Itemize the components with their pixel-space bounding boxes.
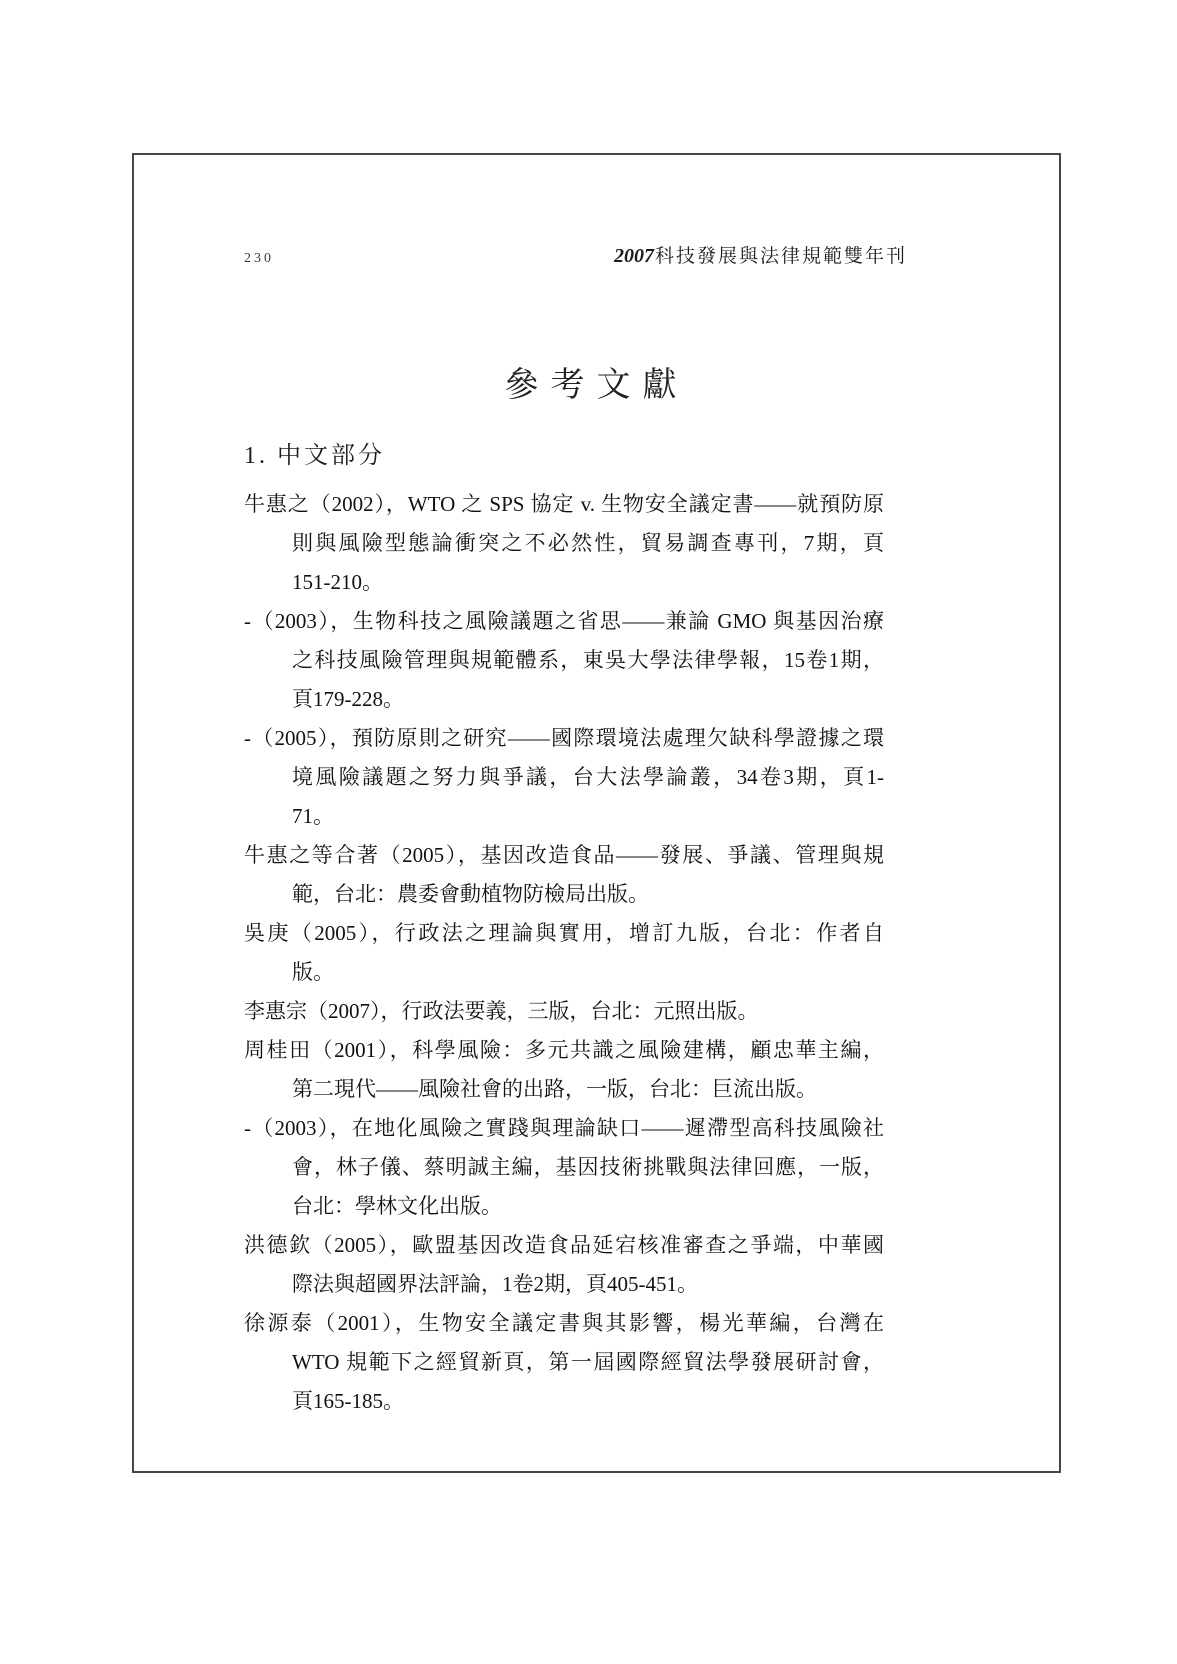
- journal-title: 2007科技發展與法律規範雙年刊: [614, 243, 907, 270]
- reference-line: 徐源泰（2001），生物安全議定書與其影響，楊光華編，台灣在: [244, 1304, 884, 1343]
- journal-name: 科技發展與法律規範雙年刊: [655, 246, 907, 267]
- reference-line: 範，台北：農委會動植物防檢局出版。: [244, 875, 884, 914]
- references-list: 牛惠之（2002），WTO 之 SPS 協定 v. 生物安全議定書——就預防原則…: [244, 485, 884, 1421]
- reference-line: 151-210。: [244, 563, 884, 602]
- reference-line: 台北：學林文化出版。: [244, 1187, 884, 1226]
- reference-entry: 牛惠之（2002），WTO 之 SPS 協定 v. 生物安全議定書——就預防原則…: [244, 485, 884, 602]
- section-heading: 1. 中文部分: [134, 442, 1059, 470]
- reference-entry: 牛惠之等合著（2005），基因改造食品——發展、爭議、管理與規範，台北：農委會動…: [244, 836, 884, 914]
- reference-entry: 吳庚（2005），行政法之理論與實用，增訂九版，台北：作者自版。: [244, 914, 884, 992]
- reference-line: 第二現代——風險社會的出路，一版，台北：巨流出版。: [244, 1070, 884, 1109]
- page-number: 230: [244, 246, 274, 272]
- reference-line: 境風險議題之努力與爭議，台大法學論叢，34卷3期，頁1-: [244, 758, 884, 797]
- reference-line: WTO 規範下之經貿新頁，第一屆國際經貿法學發展研討會，: [244, 1343, 884, 1382]
- reference-line: 會，林子儀、蔡明誠主編，基因技術挑戰與法律回應，一版，: [244, 1148, 884, 1187]
- scanned-page-background: 230 2007科技發展與法律規範雙年刊 參考文獻 1. 中文部分 牛惠之（20…: [0, 0, 1177, 1664]
- reference-line: 71。: [244, 797, 884, 836]
- reference-line: 際法與超國界法評論，1卷2期，頁405-451。: [244, 1265, 884, 1304]
- reference-line: 牛惠之等合著（2005），基因改造食品——發展、爭議、管理與規: [244, 836, 884, 875]
- reference-line: -（2003），生物科技之風險議題之省思——兼論 GMO 與基因治療: [244, 602, 884, 641]
- reference-entry: 洪德欽（2005），歐盟基因改造食品延宕核准審查之爭端，中華國際法與超國界法評論…: [244, 1226, 884, 1304]
- reference-entry: 李惠宗（2007），行政法要義，三版，台北：元照出版。: [244, 992, 884, 1031]
- reference-line: 頁165-185。: [244, 1382, 884, 1421]
- reference-line: 之科技風險管理與規範體系，東吳大學法律學報，15卷1期，: [244, 641, 884, 680]
- page-title: 參考文獻: [134, 364, 1059, 408]
- page-header: 230 2007科技發展與法律規範雙年刊: [134, 243, 1059, 272]
- reference-line: 洪德欽（2005），歐盟基因改造食品延宕核准審查之爭端，中華國: [244, 1226, 884, 1265]
- reference-line: 頁179-228。: [244, 680, 884, 719]
- reference-line: 李惠宗（2007），行政法要義，三版，台北：元照出版。: [244, 992, 884, 1031]
- reference-entry: 徐源泰（2001），生物安全議定書與其影響，楊光華編，台灣在WTO 規範下之經貿…: [244, 1304, 884, 1421]
- reference-entry: -（2003），生物科技之風險議題之省思——兼論 GMO 與基因治療之科技風險管…: [244, 602, 884, 719]
- reference-line: 則與風險型態論衝突之不必然性，貿易調查專刊，7期，頁: [244, 524, 884, 563]
- reference-line: -（2005），預防原則之研究——國際環境法處理欠缺科學證據之環: [244, 719, 884, 758]
- journal-year: 2007: [614, 245, 654, 267]
- reference-line: 周桂田（2001），科學風險：多元共識之風險建構，顧忠華主編，: [244, 1031, 884, 1070]
- reference-line: 版。: [244, 953, 884, 992]
- reference-entry: -（2005），預防原則之研究——國際環境法處理欠缺科學證據之環境風險議題之努力…: [244, 719, 884, 836]
- reference-entry: -（2003），在地化風險之實踐與理論缺口——遲滯型高科技風險社會，林子儀、蔡明…: [244, 1109, 884, 1226]
- reference-line: -（2003），在地化風險之實踐與理論缺口——遲滯型高科技風險社: [244, 1109, 884, 1148]
- reference-line: 吳庚（2005），行政法之理論與實用，增訂九版，台北：作者自: [244, 914, 884, 953]
- reference-line: 牛惠之（2002），WTO 之 SPS 協定 v. 生物安全議定書——就預防原: [244, 485, 884, 524]
- page-container: 230 2007科技發展與法律規範雙年刊 參考文獻 1. 中文部分 牛惠之（20…: [132, 153, 1061, 1473]
- reference-entry: 周桂田（2001），科學風險：多元共識之風險建構，顧忠華主編，第二現代——風險社…: [244, 1031, 884, 1109]
